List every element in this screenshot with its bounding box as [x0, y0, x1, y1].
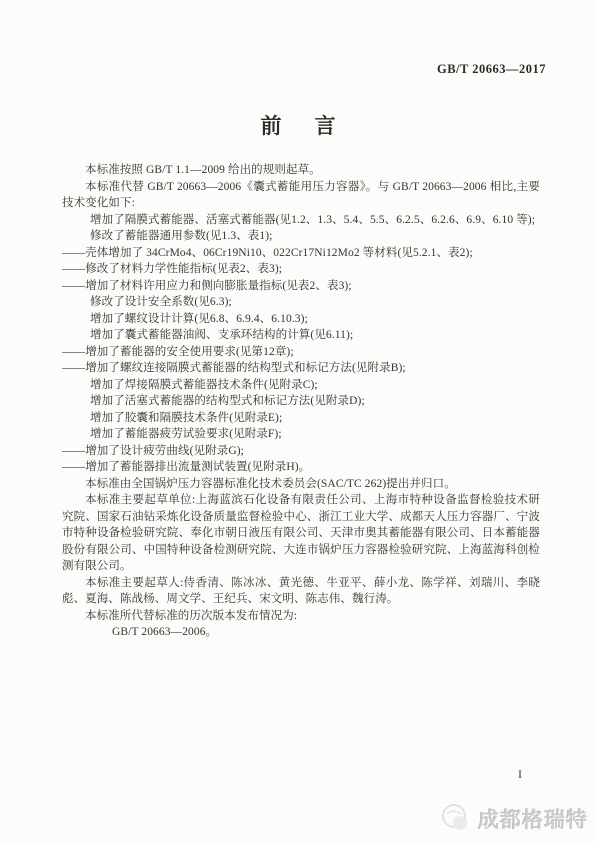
- change-item: 增加了胶囊和隔膜技术条件(见附录E);: [90, 410, 540, 427]
- change-item: 增加了囊式蓄能器油阀、支承环结构的计算(见6.11);: [90, 327, 540, 344]
- changes-list: 增加了隔膜式蓄能器、活塞式蓄能器(见1.2、1.3、5.4、5.5、6.2.5、…: [62, 212, 540, 476]
- paragraph-committee: 本标准由全国锅炉压力容器标准化技术委员会(SAC/TC 262)提出并归口。: [62, 476, 540, 493]
- change-item: 增加了蓄能器疲劳试验要求(见附录F);: [90, 426, 540, 443]
- standard-code: GB/T 20663—2017: [437, 62, 546, 77]
- change-item: ——壳体增加了 34CrMo4、06Cr19Ni10、022Cr17Ni12Mo…: [62, 245, 540, 262]
- paragraph-drafting-orgs: 本标准主要起草单位:上海蓝滨石化设备有限责任公司、上海市特种设备监督检验技术研究…: [62, 492, 540, 575]
- watermark-text: 成都格瑞特: [478, 804, 588, 834]
- paragraph-basis: 本标准按照 GB/T 1.1—2009 给出的规则起草。: [62, 162, 540, 179]
- watermark: 成都格瑞特: [439, 802, 588, 836]
- change-item: ——修改了材料力学性能指标(见表2、表3);: [62, 261, 540, 278]
- paragraph-drafters: 本标准主要起草人:侍香清、陈冰冰、黄光德、牛亚平、薛小龙、陈学祥、刘瑞川、李晓彪…: [62, 575, 540, 608]
- change-item: 增加了隔膜式蓄能器、活塞式蓄能器(见1.2、1.3、5.4、5.5、6.2.5、…: [90, 212, 540, 229]
- change-item: 修改了蓄能器通用参数(见1.3、表1);: [90, 228, 540, 245]
- paragraph-history: 本标准所代替标准的历次版本发布情况为:: [62, 608, 540, 625]
- change-item: ——增加了材料许用应力和侧向膨胀量指标(见表2、表3);: [62, 278, 540, 295]
- change-item: ——增加了蓄能器排出流量测试装置(见附录H)。: [62, 459, 540, 476]
- foreword-body: 本标准按照 GB/T 1.1—2009 给出的规则起草。 本标准代替 GB/T …: [62, 162, 540, 641]
- page-title: 前 言: [0, 110, 596, 140]
- change-item: ——增加了设计疲劳曲线(见附录G);: [62, 443, 540, 460]
- change-item: ——增加了螺纹连接隔膜式蓄能器的结构型式和标记方法(见附录B);: [62, 360, 540, 377]
- change-item: 增加了焊接隔膜式蓄能器技术条件(见附录C);: [90, 377, 540, 394]
- watermark-logo-icon: [439, 802, 473, 836]
- change-item: ——增加了蓄能器的安全使用要求(见第12章);: [62, 344, 540, 361]
- change-item: 增加了螺纹设计计算(见6.8、6.9.4、6.10.3);: [90, 311, 540, 328]
- document-page: GB/T 20663—2017 前 言 本标准按照 GB/T 1.1—2009 …: [0, 0, 596, 842]
- change-item: 修改了设计安全系数(见6.3);: [90, 294, 540, 311]
- page-number: I: [518, 767, 522, 782]
- change-item: 增加了活塞式蓄能器的结构型式和标记方法(见附录D);: [90, 393, 540, 410]
- paragraph-replace: 本标准代替 GB/T 20663—2006《囊式蓄能用压力容器》。与 GB/T …: [62, 179, 540, 212]
- previous-version: GB/T 20663—2006。: [62, 624, 540, 641]
